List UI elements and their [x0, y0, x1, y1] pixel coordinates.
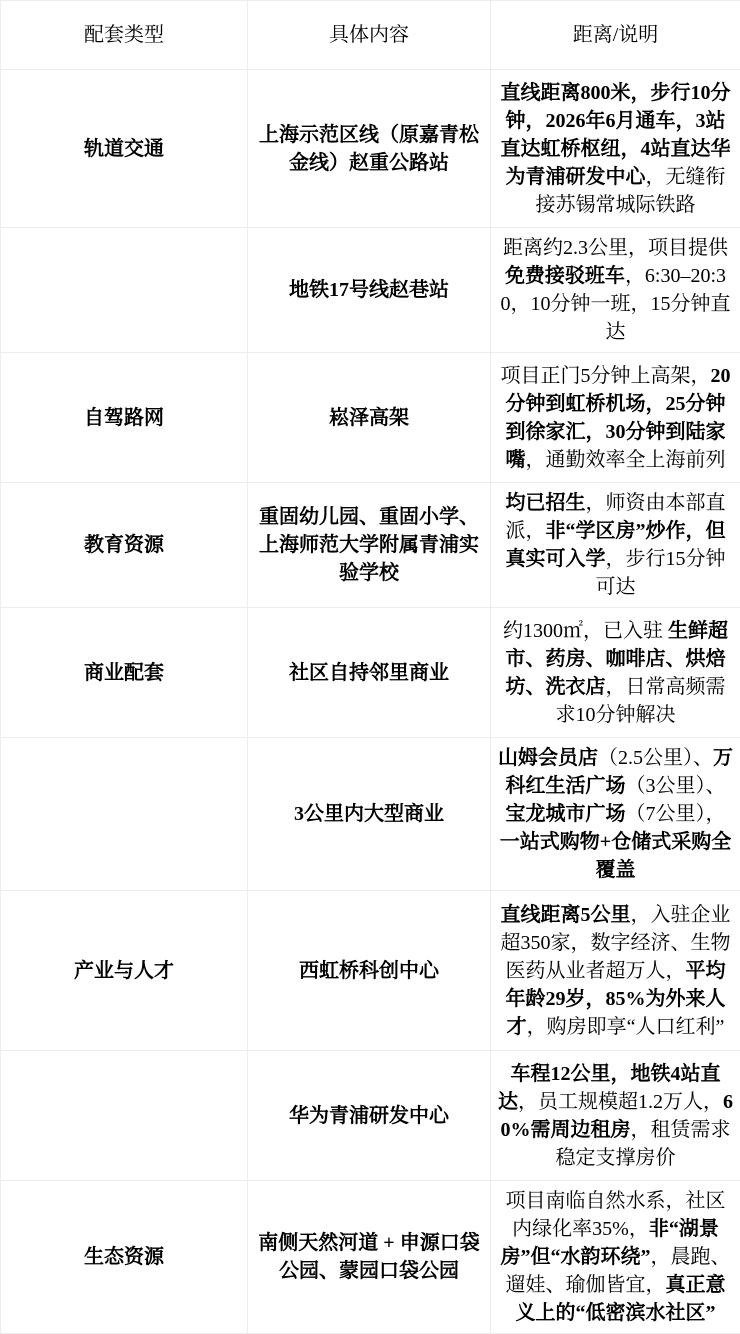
amenities-table: 配套类型 具体内容 距离/说明 轨道交通 上海示范区线（原嘉青松金线）赵重公路站… [0, 0, 740, 1334]
category-cell: 产业与人才 [1, 891, 248, 1051]
distance-cell: 直线距离800米，步行10分钟，2026年6月通车，3站直达虹桥枢纽，4站直达华… [491, 70, 740, 228]
content-cell: 社区自持邻里商业 [248, 608, 491, 738]
category-cell: 生态资源 [1, 1181, 248, 1334]
distance-cell: 项目正门5分钟上高架，20分钟到虹桥机场，25分钟到徐家汇，30分钟到陆家嘴，通… [491, 353, 740, 483]
table-row: 自驾路网 崧泽高架 项目正门5分钟上高架，20分钟到虹桥机场，25分钟到徐家汇，… [1, 353, 740, 483]
content-cell: 西虹桥科创中心 [248, 891, 491, 1051]
table-row: 教育资源 重固幼儿园、重固小学、上海师范大学附属青浦实验学校 均已招生，师资由本… [1, 483, 740, 608]
content-cell: 南侧天然河道 + 申源口袋公园、蒙园口袋公园 [248, 1181, 491, 1334]
header-distance: 距离/说明 [491, 1, 740, 70]
distance-cell: 距离约2.3公里，项目提供免费接驳班车，6:30–20:30，10分钟一班，15… [491, 228, 740, 353]
table-row: 华为青浦研发中心 车程12公里，地铁4站直达，员工规模超1.2万人，60%需周边… [1, 1051, 740, 1181]
table-header-row: 配套类型 具体内容 距离/说明 [1, 1, 740, 70]
distance-cell: 山姆会员店（2.5公里）、万科红生活广场（3公里）、宝龙城市广场（7公里），一站… [491, 738, 740, 891]
category-cell [1, 738, 248, 891]
distance-cell: 直线距离5公里，入驻企业超350家，数字经济、生物医药从业者超万人，平均年龄29… [491, 891, 740, 1051]
distance-cell: 约1300㎡，已入驻 生鲜超市、药房、咖啡店、烘焙坊、洗衣店，日常高频需求10分… [491, 608, 740, 738]
category-cell: 自驾路网 [1, 353, 248, 483]
table-row: 产业与人才 西虹桥科创中心 直线距离5公里，入驻企业超350家，数字经济、生物医… [1, 891, 740, 1051]
table-row: 商业配套 社区自持邻里商业 约1300㎡，已入驻 生鲜超市、药房、咖啡店、烘焙坊… [1, 608, 740, 738]
content-cell: 上海示范区线（原嘉青松金线）赵重公路站 [248, 70, 491, 228]
content-cell: 崧泽高架 [248, 353, 491, 483]
content-cell: 华为青浦研发中心 [248, 1051, 491, 1181]
category-cell [1, 228, 248, 353]
category-cell [1, 1051, 248, 1181]
category-cell: 轨道交通 [1, 70, 248, 228]
content-cell: 地铁17号线赵巷站 [248, 228, 491, 353]
distance-cell: 项目南临自然水系，社区内绿化率35%，非“湖景房”但“水韵环绕”，晨跑、遛娃、瑜… [491, 1181, 740, 1334]
category-cell: 教育资源 [1, 483, 248, 608]
content-cell: 重固幼儿园、重固小学、上海师范大学附属青浦实验学校 [248, 483, 491, 608]
table-row: 生态资源 南侧天然河道 + 申源口袋公园、蒙园口袋公园 项目南临自然水系，社区内… [1, 1181, 740, 1334]
distance-cell: 均已招生，师资由本部直派，非“学区房”炒作，但真实可入学，步行15分钟可达 [491, 483, 740, 608]
table-row: 轨道交通 上海示范区线（原嘉青松金线）赵重公路站 直线距离800米，步行10分钟… [1, 70, 740, 228]
category-cell: 商业配套 [1, 608, 248, 738]
content-cell: 3公里内大型商业 [248, 738, 491, 891]
table-row: 3公里内大型商业 山姆会员店（2.5公里）、万科红生活广场（3公里）、宝龙城市广… [1, 738, 740, 891]
header-content: 具体内容 [248, 1, 491, 70]
distance-cell: 车程12公里，地铁4站直达，员工规模超1.2万人，60%需周边租房，租赁需求稳定… [491, 1051, 740, 1181]
header-category: 配套类型 [1, 1, 248, 70]
table-row: 地铁17号线赵巷站 距离约2.3公里，项目提供免费接驳班车，6:30–20:30… [1, 228, 740, 353]
